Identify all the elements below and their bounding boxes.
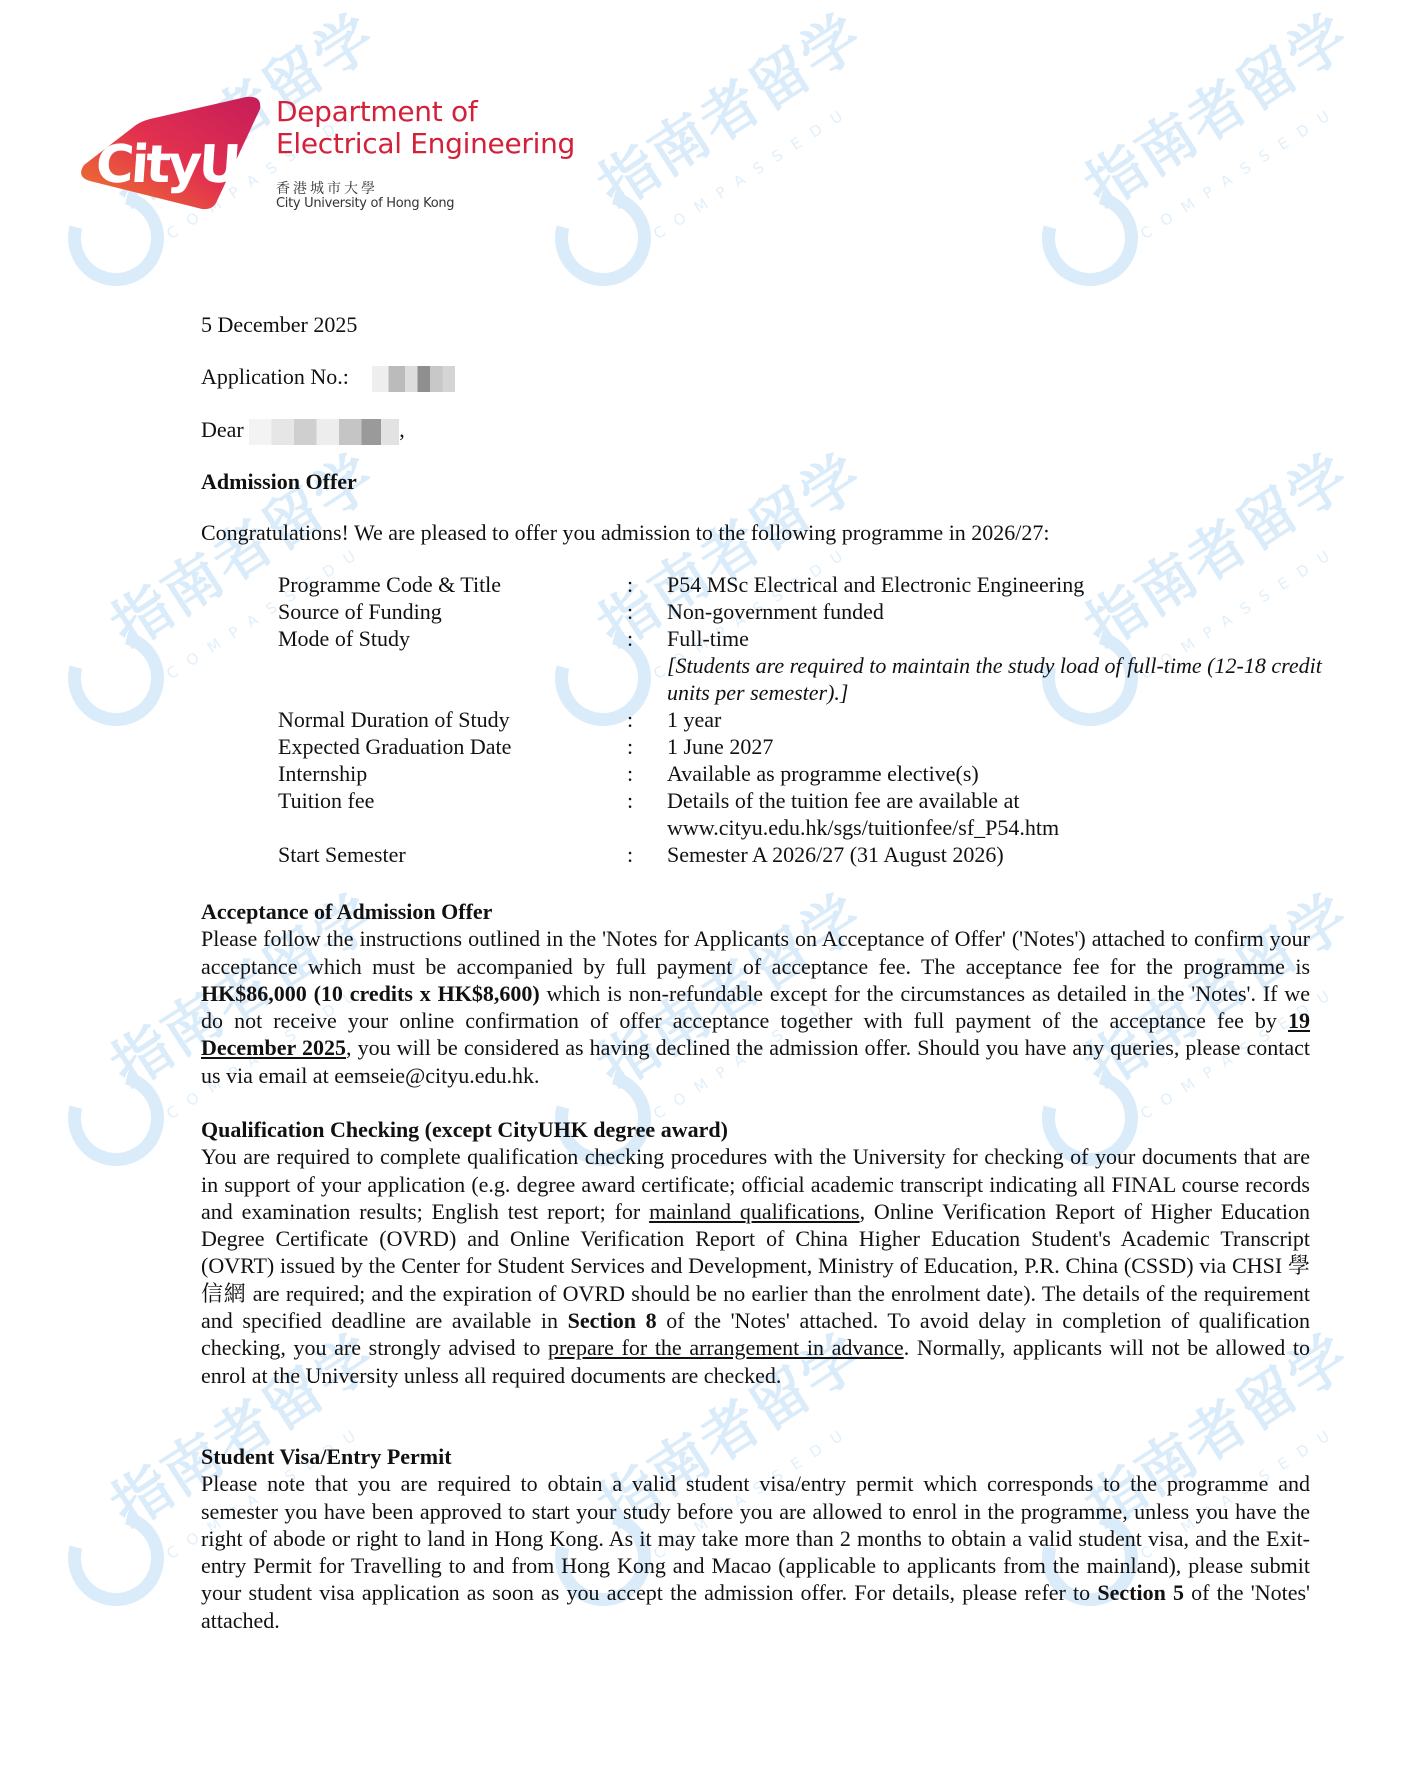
programme-row: Tuition fee:Details of the tuition fee a… [278,787,1327,841]
watermark-text-cn: 指南者留学 [1066,0,1363,224]
watermark-logo-icon [537,172,668,303]
programme-row-label: Internship [278,760,367,787]
qualification-section: Qualification Checking (except CityUHK d… [201,1116,1310,1389]
watermark-text-cn: 指南者留学 [579,0,876,224]
programme-row-value: Full-time[Students are required to maint… [667,625,1327,706]
intro-text: Congratulations! We are pleased to offer… [201,519,1050,546]
redacted-application-number [372,366,455,392]
tuition-fee-link[interactable]: www.cityu.edu.hk/sgs/tuitionfee/sf_P54.h… [667,814,1327,841]
programme-value-text: 1 year [667,707,721,732]
programme-row: Expected Graduation Date:1 June 2027 [278,733,1327,760]
programme-row: Source of Funding:Non-government funded [278,598,1327,625]
qualification-heading: Qualification Checking (except CityUHK d… [201,1116,1310,1143]
programme-row-label: Programme Code & Title [278,571,501,598]
department-name: Department of Electrical Engineering [276,96,575,160]
programme-row-separator: : [627,571,633,598]
application-number: Application No.: [201,363,455,392]
redacted-recipient-name [249,419,399,445]
acceptance-text-1: Please follow the instructions outlined … [201,926,1310,978]
programme-row-separator: : [627,625,633,652]
application-number-label: Application No.: [201,364,349,389]
programme-row-value: 1 June 2027 [667,733,1327,760]
watermark-text-en: COMPASSEDU [1137,100,1344,243]
department-line-2: Electrical Engineering [276,128,575,160]
university-name-cn: 香港城市大學 [276,178,378,198]
department-line-1: Department of [276,96,575,128]
offer-letter-page: 指南者留学COMPASSEDU指南者留学COMPASSEDU指南者留学COMPA… [0,0,1402,1778]
programme-row-separator: : [627,841,633,868]
visa-section-ref: Section 5 [1097,1580,1184,1605]
programme-row-label: Tuition fee [278,787,374,814]
programme-row-separator: : [627,706,633,733]
cityu-logo: CityU [76,95,266,210]
acceptance-text-4: . [534,1063,540,1088]
programme-row-label: Source of Funding [278,598,442,625]
watermark: 指南者留学COMPASSEDU [1042,85,1402,305]
programme-value-text: Semester A 2026/27 (31 August 2026) [667,842,1004,867]
salutation: Dear , [201,416,405,445]
watermark-text-en: COMPASSEDU [650,100,857,243]
visa-section: Student Visa/Entry Permit Please note th… [201,1443,1310,1634]
programme-row-separator: : [627,733,633,760]
watermark: 指南者留学COMPASSEDU [555,85,915,305]
visa-heading: Student Visa/Entry Permit [201,1443,1310,1470]
programme-row-note: [Students are required to maintain the s… [667,652,1327,706]
programme-row: Normal Duration of Study:1 year [278,706,1327,733]
programme-row-separator: : [627,598,633,625]
letter-title: Admission Offer [201,468,357,495]
watermark-logo-icon [50,1052,181,1183]
programme-row-value: 1 year [667,706,1327,733]
programme-row: Mode of Study:Full-time[Students are req… [278,625,1327,706]
acceptance-section: Acceptance of Admission Offer Please fol… [201,898,1310,1089]
letter-date: 5 December 2025 [201,311,357,338]
watermark-logo-icon [1024,172,1155,303]
mainland-qualifications-link[interactable]: mainland qualifications [649,1199,859,1224]
programme-row-value: Non-government funded [667,598,1327,625]
programme-row: Programme Code & Title:P54 MSc Electrica… [278,571,1327,598]
programme-details-table: Programme Code & Title:P54 MSc Electrica… [278,571,1327,868]
programme-row: Start Semester:Semester A 2026/27 (31 Au… [278,841,1327,868]
programme-row: Internship:Available as programme electi… [278,760,1327,787]
programme-value-text: Available as programme elective(s) [667,761,979,786]
acceptance-fee: HK$86,000 (10 credits x HK$8,600) [201,981,540,1006]
programme-row-separator: : [627,760,633,787]
salutation-comma: , [399,417,405,442]
programme-value-text: Full-time [667,626,749,651]
prepare-arrangement-link[interactable]: prepare for the arrangement in advance [548,1335,904,1360]
programme-row-value: P54 MSc Electrical and Electronic Engine… [667,571,1327,598]
qualification-section-ref: Section 8 [568,1308,657,1333]
programme-row-value: Semester A 2026/27 (31 August 2026) [667,841,1327,868]
programme-row-label: Expected Graduation Date [278,733,511,760]
programme-value-text: Non-government funded [667,599,884,624]
logo-text: CityU [94,135,240,195]
salutation-label: Dear [201,417,244,442]
contact-email-link[interactable]: eemseie@cityu.edu.hk [334,1063,534,1088]
programme-row-label: Normal Duration of Study [278,706,510,733]
programme-row-value: Available as programme elective(s) [667,760,1327,787]
programme-row-label: Mode of Study [278,625,410,652]
programme-value-text: 1 June 2027 [667,734,773,759]
watermark-logo-icon [50,1492,181,1623]
programme-row-label: Start Semester [278,841,406,868]
programme-value-text: P54 MSc Electrical and Electronic Engine… [667,572,1084,597]
programme-row-value: Details of the tuition fee are available… [667,787,1327,841]
programme-value-text: Details of the tuition fee are available… [667,788,1019,813]
watermark-logo-icon [50,612,181,743]
acceptance-heading: Acceptance of Admission Offer [201,898,1310,925]
university-name-en: City University of Hong Kong [276,196,454,211]
programme-row-separator: : [627,787,633,814]
